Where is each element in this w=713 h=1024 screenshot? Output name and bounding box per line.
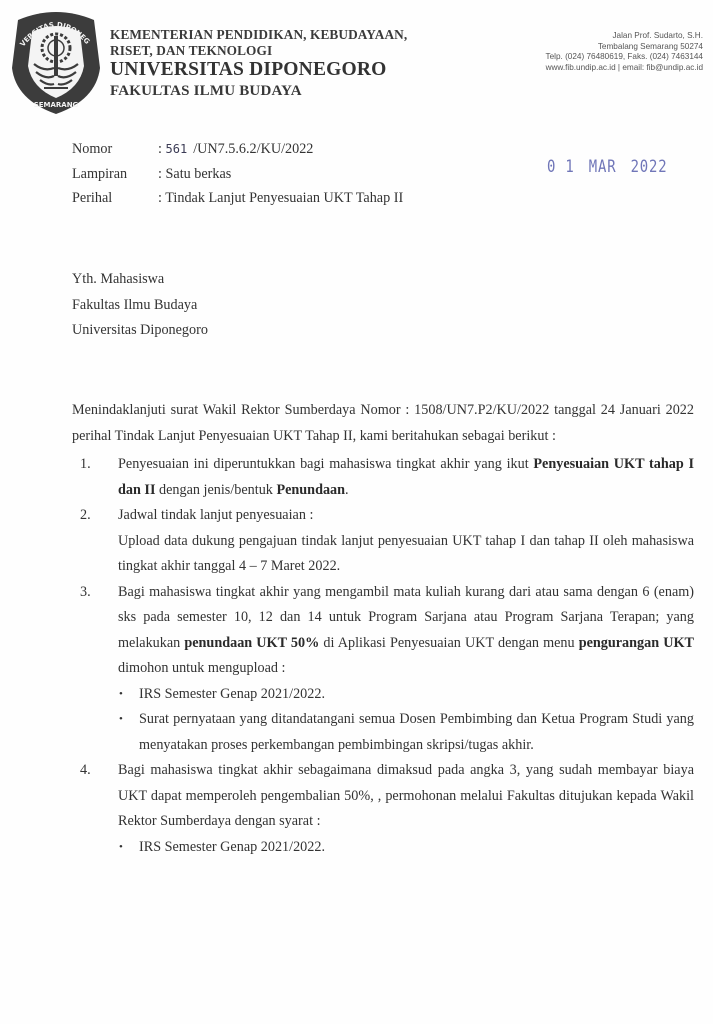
university-seal-icon: SEMARANG UNIVERSITAS DIPONEGORO: [8, 6, 104, 118]
list-item: 2. Jadwal tindak lanjut penyesuaian : Up…: [72, 503, 694, 580]
bold-text: penundaan UKT 50%: [184, 635, 319, 651]
bullet-icon: •: [119, 682, 123, 708]
address-web: www.fib.undip.ac.id | email: fib@undip.a…: [546, 63, 704, 74]
list-item: 4. Bagi mahasiswa tingkat akhir sebagaim…: [72, 758, 694, 860]
bullet-icon: •: [119, 707, 123, 733]
addressee-line-3: Universitas Diponegoro: [72, 322, 208, 348]
handwritten-number: 561: [166, 142, 188, 156]
address-street: Jalan Prof. Sudarto, S.H.: [546, 31, 704, 42]
stamp-day: 0 1: [547, 157, 575, 177]
bullet-icon: •: [119, 835, 123, 861]
addressee-line-1: Yth. Mahasiswa: [72, 271, 208, 297]
perihal-value: Tindak Lanjut Penyesuaian UKT Tahap II: [165, 190, 403, 206]
lampiran-value: Satu berkas: [166, 166, 232, 182]
perihal-label: Perihal: [72, 190, 158, 207]
nomor-label: Nomor: [72, 141, 158, 158]
ministry-name: KEMENTERIAN PENDIDIKAN, KEBUDAYAAN,: [110, 27, 407, 43]
list-item: 3. Bagi mahasiswa tingkat akhir yang men…: [72, 580, 694, 759]
bullet-list: •IRS Semester Genap 2021/2022. •Surat pe…: [118, 682, 694, 759]
addressee: Yth. Mahasiswa Fakultas Ilmu Budaya Univ…: [72, 271, 208, 348]
meta-nomor: Nomor : 561/UN7.5.6.2/KU/2022: [72, 141, 403, 166]
meta-perihal: Perihal : Tindak Lanjut Penyesuaian UKT …: [72, 190, 403, 215]
lampiran-label: Lampiran: [72, 166, 158, 183]
bold-text: Penundaan: [276, 482, 345, 498]
bullet-item: •Surat pernyataan yang ditandatangani se…: [118, 707, 694, 758]
letter-page: SEMARANG UNIVERSITAS DIPONEGORO KEMENTER…: [0, 0, 713, 1024]
university-name: UNIVERSITAS DIPONEGORO: [110, 59, 407, 81]
numbered-list: 1. Penyesuaian ini diperuntukkan bagi ma…: [72, 452, 694, 860]
schedule-detail: Upload data dukung pengajuan tindak lanj…: [118, 529, 694, 580]
addressee-line-2: Fakultas Ilmu Budaya: [72, 297, 208, 323]
bullet-item: •IRS Semester Genap 2021/2022.: [118, 682, 694, 708]
stamp-year: 2022: [631, 157, 668, 177]
address-city: Tembalang Semarang 50274: [546, 42, 704, 53]
list-item: 1. Penyesuaian ini diperuntukkan bagi ma…: [72, 452, 694, 503]
svg-text:SEMARANG: SEMARANG: [34, 101, 79, 109]
letterhead: KEMENTERIAN PENDIDIKAN, KEBUDAYAAN, RISE…: [110, 27, 407, 101]
address-phone: Telp. (024) 76480619, Faks. (024) 746314…: [546, 52, 704, 63]
letter-meta: Nomor : 561/UN7.5.6.2/KU/2022 Lampiran :…: [72, 141, 403, 215]
date-stamp: 0 1 MAR 2022: [547, 157, 667, 177]
bullet-item: •IRS Semester Genap 2021/2022.: [118, 835, 694, 861]
bullet-list: •IRS Semester Genap 2021/2022.: [118, 835, 694, 861]
faculty-name: FAKULTAS ILMU BUDAYA: [110, 81, 407, 101]
bold-text: pengurangan UKT: [579, 635, 694, 651]
meta-lampiran: Lampiran : Satu berkas: [72, 166, 403, 191]
stamp-month: MAR: [589, 157, 617, 177]
intro-paragraph: Menindaklanjuti surat Wakil Rektor Sumbe…: [72, 398, 694, 449]
faculty-address: Jalan Prof. Sudarto, S.H. Tembalang Sema…: [546, 31, 704, 73]
letter-body: Menindaklanjuti surat Wakil Rektor Sumbe…: [72, 398, 694, 860]
nomor-value: /UN7.5.6.2/KU/2022: [193, 141, 313, 157]
ministry-name-cont: RISET, DAN TEKNOLOGI: [110, 43, 407, 59]
